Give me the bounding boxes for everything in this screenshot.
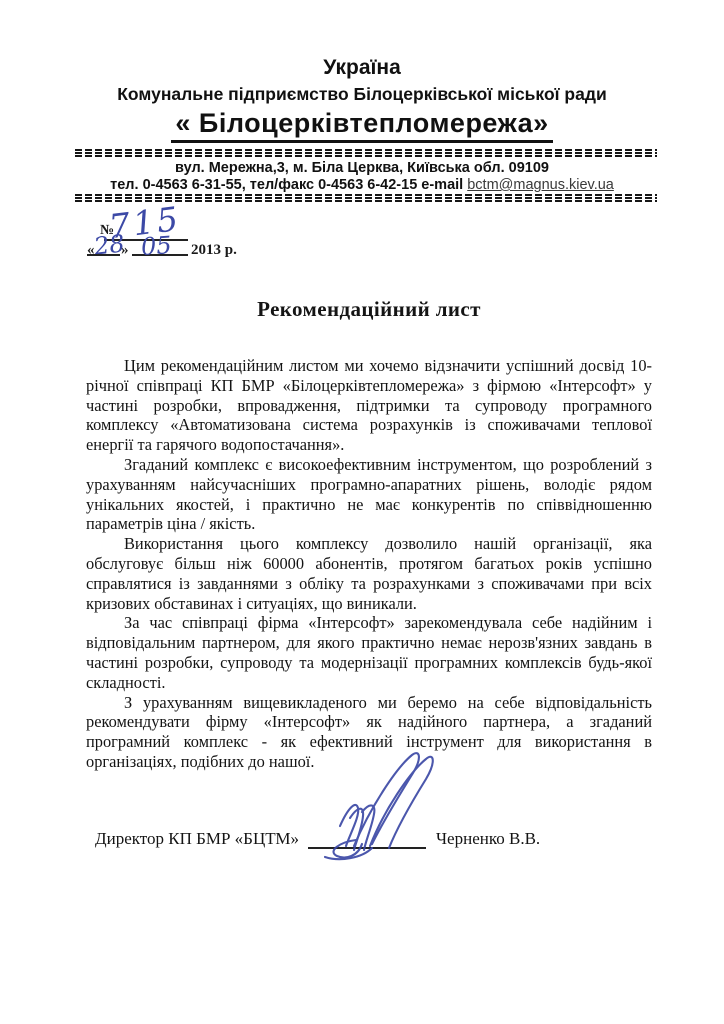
separator-line-top [75,149,657,158]
paragraph-1: Цим рекомендаційним листом ми хочемо від… [86,356,652,455]
handwritten-month: 05 [140,233,172,259]
letterhead-company-name: « Білоцерківтепломережа» [62,108,662,143]
letterhead-country: Україна [62,56,662,80]
paragraph-3: Використання цього комплексу дозволило н… [86,534,652,613]
paragraph-2: Згаданий комплекс є високоефективним інс… [86,455,652,534]
signature-ink-scribble [320,746,460,864]
letterhead-contacts: тел. 0-4563 6-31-55, тел/факс 0-4563 6-4… [62,177,662,193]
letter-body: Цим рекомендаційним листом ми хочемо від… [86,356,652,772]
letterhead-address: вул. Мережна,3, м. Біла Церква, Київська… [62,160,662,176]
paragraph-4: За час співпраці фірма «Інтерсофт» зарек… [86,613,652,692]
letter-title: Рекомендаційний лист [86,297,652,322]
email-link[interactable]: bctm@magnus.kiev.ua [467,177,614,193]
day-blank-line [87,254,120,256]
letter-page: Україна Комунальне підприємство Білоцерк… [0,0,724,1024]
date-year: 2013 р. [191,242,237,259]
contacts-text: тел. 0-4563 6-31-55, тел/факс 0-4563 6-4… [110,177,467,193]
date-quote-close: » [121,242,129,259]
letterhead-organization: Комунальне підприємство Білоцерківської … [62,84,662,105]
signer-position: Директор КП БМР «БЦТМ» [95,829,299,849]
company-name-underlined: « Білоцерківтепломережа» [171,108,552,143]
